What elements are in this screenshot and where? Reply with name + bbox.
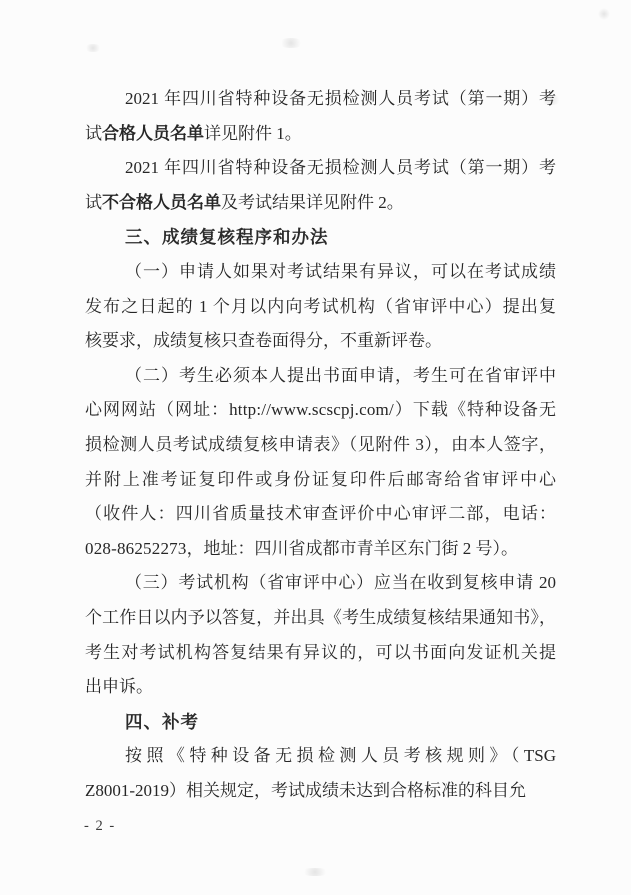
- doc-line: （一）申请人如果对考试结果有异议，可以在考试成绩: [85, 255, 556, 290]
- document-page: 2021 年四川省特种设备无损检测人员考试（第一期）考 试合格人员名单详见附件 …: [0, 0, 631, 895]
- phone-number: 028-86252273: [85, 539, 187, 558]
- pass-list-name: 合格人员名单: [102, 124, 204, 143]
- section-heading-4: 四、补考: [85, 705, 556, 740]
- line-text: ，地址：四川省成都市青羊区东门街 2 号）。: [187, 539, 519, 558]
- website-url: http://www.scscpj.com/: [229, 400, 394, 419]
- doc-line: 028-86252273，地址：四川省成都市青羊区东门街 2 号）。: [85, 532, 556, 567]
- line-text: 按照《特种设备无损检测人员考核规则》（TSG: [125, 746, 556, 765]
- line-text: Z8001-2019）相关规定，考试成绩未达到合格标准的科目允: [85, 781, 526, 800]
- line-text: （一）申请人如果对考试结果有异议，可以在考试成绩: [125, 262, 556, 281]
- doc-line: 发布之日起的 1 个月以内向考试机构（省审评中心）提出复: [85, 290, 556, 325]
- line-text: 考生对考试机构答复结果有异议的，可以书面向发证机关提: [85, 643, 556, 662]
- line-text: 详见附件 1。: [204, 124, 302, 143]
- scan-artifact: [300, 868, 330, 876]
- line-text: 出申诉。: [85, 677, 153, 696]
- line-text: 个工作日以内予以答复，并出具《考生成绩复核结果通知书》，: [85, 608, 556, 627]
- page-number: - 2 -: [84, 818, 116, 835]
- line-text: 2021 年四川省特种设备无损检测人员考试（第一期）考: [125, 89, 556, 108]
- line-text: 发布之日起的 1 个月以内向考试机构（省审评中心）提出复: [85, 297, 556, 316]
- scan-artifact: [278, 38, 304, 48]
- heading-text: 三、成绩复核程序和办法: [125, 227, 329, 247]
- line-text: （三）考试机构（省审评中心）应当在收到复核申请 20: [125, 573, 556, 592]
- line-text: ）下载《特种设备无: [394, 400, 556, 419]
- line-text: 并附上准考证复印件或身份证复印件后邮寄给省审评中心: [85, 470, 556, 489]
- doc-line: 核要求，成绩复核只查卷面得分，不重新评卷。: [85, 324, 556, 359]
- doc-line: 试合格人员名单详见附件 1。: [85, 117, 556, 152]
- doc-line: Z8001-2019）相关规定，考试成绩未达到合格标准的科目允: [85, 774, 556, 809]
- doc-line: 个工作日以内予以答复，并出具《考生成绩复核结果通知书》，: [85, 601, 556, 636]
- doc-line: （三）考试机构（省审评中心）应当在收到复核申请 20: [85, 566, 556, 601]
- line-text: （收件人：四川省质量技术审查评价中心审评二部，电话：: [85, 504, 556, 523]
- doc-line: 考生对考试机构答复结果有异议的，可以书面向发证机关提: [85, 636, 556, 671]
- line-text: （二）考生必须本人提出书面申请，考生可在省审评中: [125, 366, 556, 385]
- doc-line: 按照《特种设备无损检测人员考核规则》（TSG: [85, 739, 556, 774]
- line-text: 心网网站（网址：: [85, 400, 229, 419]
- heading-text: 四、补考: [125, 712, 199, 732]
- doc-line: 损检测人员考试成绩复核申请表》（见附件 3），由本人签字，: [85, 428, 556, 463]
- doc-line: （二）考生必须本人提出书面申请，考生可在省审评中: [85, 359, 556, 394]
- document-body: 2021 年四川省特种设备无损检测人员考试（第一期）考 试合格人员名单详见附件 …: [85, 82, 556, 808]
- line-text: 损检测人员考试成绩复核申请表》（见附件 3），由本人签字，: [85, 435, 556, 454]
- fail-list-name: 不合格人员名单: [102, 193, 221, 212]
- scan-artifact: [84, 44, 102, 52]
- doc-line: 试不合格人员名单及考试结果详见附件 2。: [85, 186, 556, 221]
- doc-line: 并附上准考证复印件或身份证复印件后邮寄给省审评中心: [85, 463, 556, 498]
- doc-line: 2021 年四川省特种设备无损检测人员考试（第一期）考: [85, 82, 556, 117]
- section-heading-3: 三、成绩复核程序和办法: [85, 220, 556, 255]
- doc-line: 出申诉。: [85, 670, 556, 705]
- line-text: 核要求，成绩复核只查卷面得分，不重新评卷。: [85, 331, 442, 350]
- scan-artifact: [598, 8, 610, 20]
- doc-line: （收件人：四川省质量技术审查评价中心审评二部，电话：: [85, 497, 556, 532]
- doc-line: 心网网站（网址：http://www.scscpj.com/）下载《特种设备无: [85, 393, 556, 428]
- doc-line: 2021 年四川省特种设备无损检测人员考试（第一期）考: [85, 151, 556, 186]
- line-text: 2021 年四川省特种设备无损检测人员考试（第一期）考: [125, 158, 556, 177]
- line-text: 试: [85, 193, 102, 212]
- line-text: 试: [85, 124, 102, 143]
- line-text: 及考试结果详见附件 2。: [221, 193, 404, 212]
